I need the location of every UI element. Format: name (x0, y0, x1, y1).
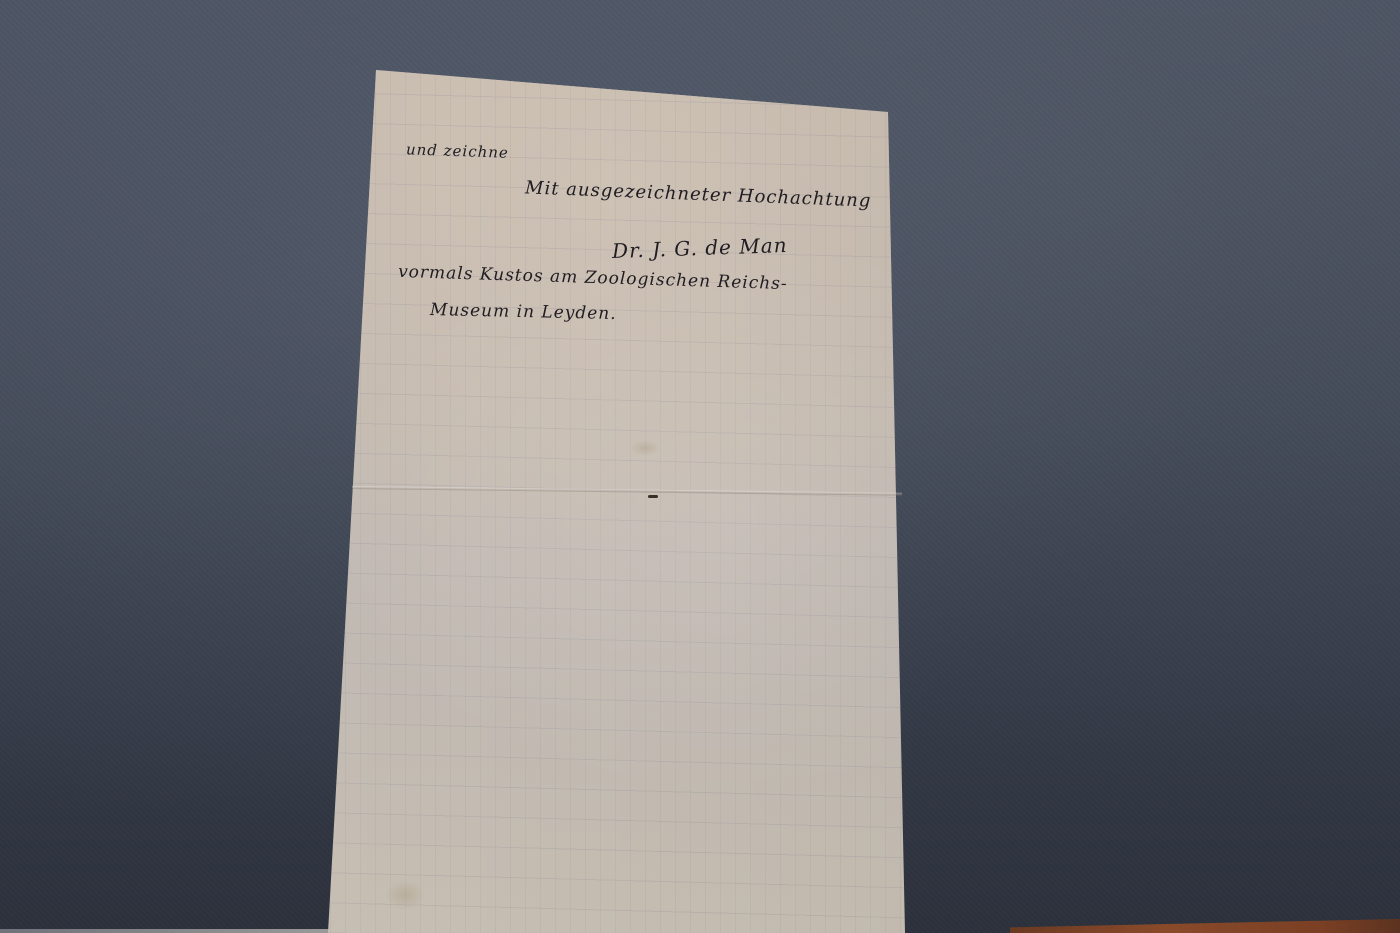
closing-line-1: und zeichne (406, 140, 509, 162)
paper-stain (385, 880, 425, 910)
ink-mark (648, 495, 658, 498)
light-edge-strip (0, 929, 330, 933)
title-line-2: Museum in Leyden. (430, 300, 617, 324)
paper-stain (630, 440, 660, 456)
